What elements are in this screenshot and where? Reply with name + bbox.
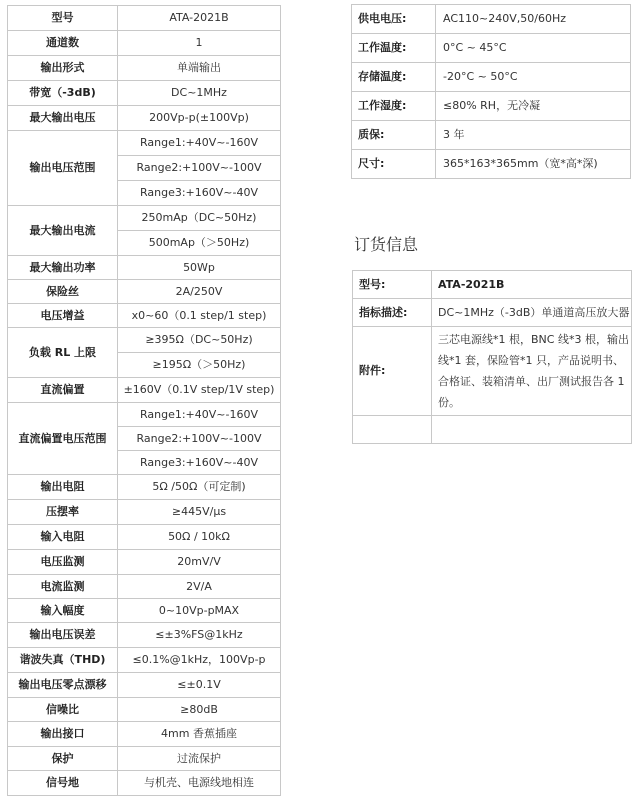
spec-value: ≤±3%FS@1kHz [118, 623, 281, 648]
order-row-accessories: 附件: 三芯电源线*1 根，BNC 线*3 根，输出线*1 套，保险管*1 只，… [353, 327, 632, 416]
spec-value: 5Ω /50Ω（可定制) [118, 475, 281, 500]
spec-row: 保护过流保护 [8, 747, 281, 771]
spec-value: x0~60（0.1 step/1 step) [118, 304, 281, 328]
order-value [432, 416, 632, 444]
spec-value: Range2:+100V~-100V [118, 156, 281, 181]
spec-row: 输出电压误差≤±3%FS@1kHz [8, 623, 281, 648]
order-label: 附件: [353, 327, 432, 416]
spec-table: 型号ATA-2021B通道数1输出形式单端输出带宽（-3dB)DC~1MHz最大… [7, 5, 281, 796]
spec-row: 直流偏置±160V（0.1V step/1V step) [8, 378, 281, 403]
order-value: DC~1MHz（-3dB）单通道高压放大器 [432, 299, 632, 327]
spec-row: 信号地与机壳、电源线地相连 [8, 771, 281, 796]
spec-value: 500mAp（＞50Hz) [118, 231, 281, 256]
spec-label: 最大输出功率 [8, 256, 118, 280]
env-label: 质保: [352, 121, 436, 150]
spec-value: 20mV/V [118, 550, 281, 575]
spec-label: 电压增益 [8, 304, 118, 328]
env-value: 0°C ~ 45°C [436, 34, 631, 63]
order-row-description: 指标描述: DC~1MHz（-3dB）单通道高压放大器 [353, 299, 632, 327]
order-value: ATA-2021B [432, 271, 632, 299]
spec-row: 输出接口4mm 香蕉插座 [8, 722, 281, 747]
spec-row: 最大输出功率50Wp [8, 256, 281, 280]
spec-label: 输入电阻 [8, 525, 118, 550]
spec-value: 200Vp-p(±100Vp) [118, 106, 281, 131]
env-value: 365*163*365mm（宽*高*深) [436, 150, 631, 179]
spec-row: 输出电压零点漂移≤±0.1V [8, 673, 281, 698]
env-value: 3 年 [436, 121, 631, 150]
spec-row: 最大输出电流250mAp（DC~50Hz) [8, 206, 281, 231]
spec-label: 最大输出电压 [8, 106, 118, 131]
spec-row: 电压监测20mV/V [8, 550, 281, 575]
spec-value: 与机壳、电源线地相连 [118, 771, 281, 796]
spec-row: 保险丝2A/250V [8, 280, 281, 304]
spec-value: Range3:+160V~-40V [118, 181, 281, 206]
spec-value: ≤0.1%@1kHz，100Vp-p [118, 648, 281, 673]
env-value: AC110~240V,50/60Hz [436, 5, 631, 34]
spec-label: 电流监测 [8, 575, 118, 599]
spec-row: 型号ATA-2021B [8, 6, 281, 31]
env-row-humidity: 工作湿度: ≤80% RH，无冷凝 [352, 92, 631, 121]
spec-row: 压摆率≥445V/μs [8, 500, 281, 525]
env-row-storage-temp: 存储温度: -20°C ~ 50°C [352, 63, 631, 92]
spec-row: 输出形式单端输出 [8, 56, 281, 81]
spec-label: 输出电压零点漂移 [8, 673, 118, 698]
env-label: 尺寸: [352, 150, 436, 179]
spec-row: 最大输出电压200Vp-p(±100Vp) [8, 106, 281, 131]
order-label [353, 416, 432, 444]
env-label: 存储温度: [352, 63, 436, 92]
spec-label: 压摆率 [8, 500, 118, 525]
spec-row: 信噪比≥80dB [8, 698, 281, 722]
spec-value: DC~1MHz [118, 81, 281, 106]
spec-row: 通道数1 [8, 31, 281, 56]
spec-row: 直流偏置电压范围Range1:+40V~-160V [8, 403, 281, 427]
spec-value: 过流保护 [118, 747, 281, 771]
order-info-heading: 订货信息 [354, 232, 418, 255]
spec-value: ≥80dB [118, 698, 281, 722]
environment-table: 供电电压: AC110~240V,50/60Hz 工作温度: 0°C ~ 45°… [351, 4, 631, 179]
spec-label: 输出电阻 [8, 475, 118, 500]
spec-value: ≥445V/μs [118, 500, 281, 525]
spec-row: 带宽（-3dB)DC~1MHz [8, 81, 281, 106]
spec-value: 2A/250V [118, 280, 281, 304]
spec-label: 输入幅度 [8, 599, 118, 623]
spec-row: 负载 RL 上限≥395Ω（DC~50Hz) [8, 328, 281, 353]
spec-value: Range1:+40V~-160V [118, 403, 281, 427]
spec-value: Range3:+160V~-40V [118, 451, 281, 475]
spec-value: ≤±0.1V [118, 673, 281, 698]
env-row-warranty: 质保: 3 年 [352, 121, 631, 150]
spec-value: 单端输出 [118, 56, 281, 81]
spec-label: 保护 [8, 747, 118, 771]
env-value: -20°C ~ 50°C [436, 63, 631, 92]
spec-row: 电压增益x0~60（0.1 step/1 step) [8, 304, 281, 328]
spec-label: 最大输出电流 [8, 206, 118, 256]
spec-value: ±160V（0.1V step/1V step) [118, 378, 281, 403]
spec-label: 输出电压误差 [8, 623, 118, 648]
spec-value: 50Wp [118, 256, 281, 280]
spec-label: 保险丝 [8, 280, 118, 304]
spec-label: 谐波失真（THD) [8, 648, 118, 673]
spec-value: 250mAp（DC~50Hz) [118, 206, 281, 231]
env-row-operating-temp: 工作温度: 0°C ~ 45°C [352, 34, 631, 63]
spec-label: 直流偏置 [8, 378, 118, 403]
spec-label: 通道数 [8, 31, 118, 56]
spec-value: 4mm 香蕉插座 [118, 722, 281, 747]
spec-value: ≥395Ω（DC~50Hz) [118, 328, 281, 353]
spec-value: 2V/A [118, 575, 281, 599]
spec-label: 输出形式 [8, 56, 118, 81]
spec-row: 输入电阻50Ω / 10kΩ [8, 525, 281, 550]
spec-label: 信噪比 [8, 698, 118, 722]
spec-label: 输出电压范围 [8, 131, 118, 206]
spec-value: ≥195Ω（＞50Hz) [118, 353, 281, 378]
spec-label: 直流偏置电压范围 [8, 403, 118, 475]
spec-value: 1 [118, 31, 281, 56]
order-value: 三芯电源线*1 根，BNC 线*3 根，输出线*1 套，保险管*1 只，产品说明… [432, 327, 632, 416]
spec-value: ATA-2021B [118, 6, 281, 31]
order-row-empty [353, 416, 632, 444]
env-value: ≤80% RH，无冷凝 [436, 92, 631, 121]
spec-row: 谐波失真（THD)≤0.1%@1kHz，100Vp-p [8, 648, 281, 673]
env-row-dimensions: 尺寸: 365*163*365mm（宽*高*深) [352, 150, 631, 179]
env-label: 工作温度: [352, 34, 436, 63]
spec-row: 电流监测2V/A [8, 575, 281, 599]
spec-label: 输出接口 [8, 722, 118, 747]
spec-value: 0~10Vp-pMAX [118, 599, 281, 623]
spec-value: Range2:+100V~-100V [118, 427, 281, 451]
env-label: 工作湿度: [352, 92, 436, 121]
spec-row: 输出电压范围Range1:+40V~-160V [8, 131, 281, 156]
spec-label: 信号地 [8, 771, 118, 796]
order-row-model: 型号: ATA-2021B [353, 271, 632, 299]
spec-label: 带宽（-3dB) [8, 81, 118, 106]
spec-row: 输入幅度0~10Vp-pMAX [8, 599, 281, 623]
order-label: 型号: [353, 271, 432, 299]
spec-value: 50Ω / 10kΩ [118, 525, 281, 550]
spec-row: 输出电阻5Ω /50Ω（可定制) [8, 475, 281, 500]
order-table: 型号: ATA-2021B 指标描述: DC~1MHz（-3dB）单通道高压放大… [352, 270, 632, 444]
spec-label: 型号 [8, 6, 118, 31]
spec-label: 负载 RL 上限 [8, 328, 118, 378]
spec-label: 电压监测 [8, 550, 118, 575]
spec-value: Range1:+40V~-160V [118, 131, 281, 156]
order-label: 指标描述: [353, 299, 432, 327]
env-label: 供电电压: [352, 5, 436, 34]
env-row-power: 供电电压: AC110~240V,50/60Hz [352, 5, 631, 34]
